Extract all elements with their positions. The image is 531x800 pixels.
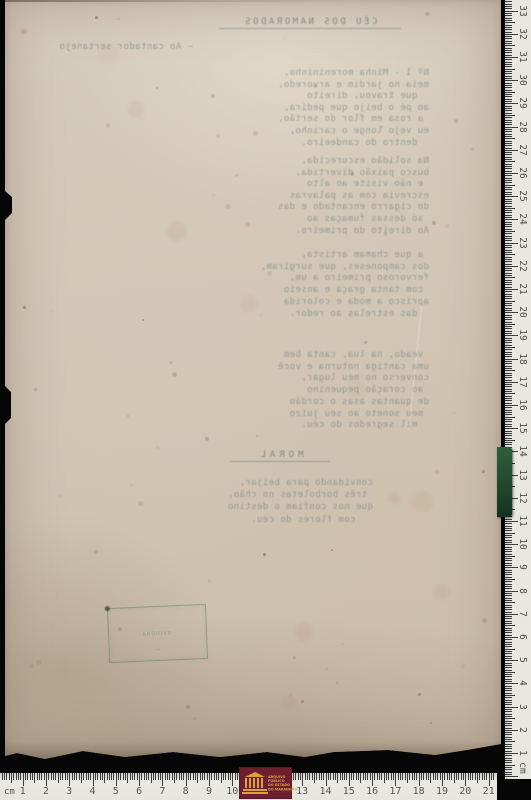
ruler-tick xyxy=(440,773,441,780)
ruler-tick xyxy=(505,438,512,439)
ruler-tick xyxy=(505,322,512,323)
ruler-tick xyxy=(505,99,512,100)
ruler-number: 18 xyxy=(413,786,425,797)
type-line: dentro do candeeiro. xyxy=(301,138,429,148)
ruler-tick xyxy=(505,681,512,682)
ruler-tick xyxy=(505,90,512,91)
ruler-tick xyxy=(505,380,512,381)
ruler-number: 29 xyxy=(516,95,530,111)
ruler-tick xyxy=(330,773,331,780)
ruler-tick xyxy=(505,315,512,316)
ruler-tick xyxy=(235,773,236,780)
ruler-number: 14 xyxy=(516,443,530,459)
ruler-tick xyxy=(505,247,512,248)
ruler-tick xyxy=(505,326,512,327)
ruler-tick xyxy=(505,658,512,659)
ruler-tick xyxy=(505,530,512,531)
ruler-tick xyxy=(148,773,149,780)
ruler-tick xyxy=(505,131,512,132)
ruler-tick xyxy=(505,602,515,603)
ruler-tick xyxy=(505,632,512,633)
ruler-tick xyxy=(475,773,476,780)
ruler-tick xyxy=(505,122,512,123)
ruler-tick xyxy=(169,773,170,780)
ruler-tick xyxy=(505,229,512,230)
ruler-tick xyxy=(505,78,512,79)
ruler-tick xyxy=(123,773,124,780)
ruler-tick xyxy=(505,697,512,698)
ruler-number: 8 xyxy=(183,786,189,797)
ruler-tick xyxy=(505,393,515,394)
ruler-tick xyxy=(470,773,471,780)
ruler-tick xyxy=(6,773,7,780)
ruler-tick xyxy=(505,189,512,190)
ruler-number: 18 xyxy=(516,351,530,367)
foxing-spot xyxy=(226,204,231,209)
ruler-tick xyxy=(505,277,515,278)
foxing-spot xyxy=(435,470,438,473)
ruler-tick xyxy=(505,721,512,722)
ruler-number: 24 xyxy=(516,211,530,227)
ruler-tick xyxy=(505,226,512,227)
type-line: três borboletas no chão, xyxy=(228,490,373,500)
paper-bottom-shadow xyxy=(5,741,501,763)
type-line: convidando para beijar, xyxy=(239,478,373,488)
ruler-tick xyxy=(505,347,515,348)
ruler-tick xyxy=(374,773,375,780)
ruler-tick xyxy=(458,773,459,780)
ruler-tick xyxy=(505,143,512,144)
ruler-tick xyxy=(505,709,512,710)
ruler-tick xyxy=(79,773,80,780)
ruler-tick xyxy=(505,688,512,689)
ruler-tick xyxy=(505,693,512,694)
ruler-tick xyxy=(505,605,512,606)
ruler-tick xyxy=(505,704,512,705)
ruler-tick xyxy=(505,301,515,302)
ruler-tick xyxy=(505,565,512,566)
ruler-tick xyxy=(298,773,299,780)
ruler-tick xyxy=(505,134,512,135)
ruler-tick xyxy=(505,71,512,72)
ruler-tick xyxy=(102,773,103,780)
ruler-tick xyxy=(20,773,21,780)
ruler-tick xyxy=(393,773,394,780)
ruler-tick xyxy=(505,579,515,580)
ruler-tick xyxy=(155,773,156,780)
ruler-tick xyxy=(505,711,512,712)
foxing-spot xyxy=(471,148,474,151)
ruler-tick xyxy=(505,303,512,304)
ruler-number: 17 xyxy=(389,786,401,797)
ruler-tick xyxy=(423,773,424,780)
ruler-tick xyxy=(493,773,494,780)
ruler-tick xyxy=(505,32,512,33)
ruler-tick xyxy=(39,773,40,780)
ruler-tick xyxy=(449,773,450,780)
ruler-number: 6 xyxy=(516,629,530,645)
ruler-tick xyxy=(505,224,512,225)
ruler-tick xyxy=(86,773,87,780)
ruler-tick xyxy=(505,714,512,715)
ruler-tick xyxy=(505,178,512,179)
type-line: ao pé o beijo que pedira, xyxy=(284,103,429,113)
ruler-tick xyxy=(505,398,512,399)
ruler-tick xyxy=(346,773,347,780)
ruler-tick xyxy=(505,120,512,121)
ruler-number: 21 xyxy=(516,281,530,297)
ruler-tick xyxy=(90,773,91,780)
ruler-tick xyxy=(505,129,512,130)
ruler-tick xyxy=(391,773,392,780)
ruler-tick xyxy=(125,773,126,780)
ruler-tick xyxy=(83,773,84,780)
ruler-tick xyxy=(505,215,512,216)
type-line: Na solidão escurecida, xyxy=(301,156,429,166)
type-line: do cigarro encantado e das xyxy=(278,202,429,212)
ruler-tick xyxy=(505,377,512,378)
foxing-spot xyxy=(313,84,317,88)
ruler-tick xyxy=(505,354,512,355)
ruler-tick xyxy=(505,208,515,209)
ruler-tick xyxy=(456,773,457,780)
ruler-tick xyxy=(195,773,196,780)
ruler-tick xyxy=(62,773,63,780)
ruler-tick xyxy=(358,773,359,780)
ruler-tick xyxy=(505,1,512,2)
ruler-tick xyxy=(451,773,452,780)
foxing-spot xyxy=(235,174,238,177)
ruler-tick xyxy=(505,748,512,749)
ruler-number: 31 xyxy=(516,49,530,65)
ruler-tick xyxy=(505,702,512,703)
ruler-tick xyxy=(505,695,515,696)
ruler-number: 28 xyxy=(516,119,530,135)
ruler-tick xyxy=(505,639,512,640)
ruler-tick xyxy=(386,773,387,780)
ruler-tick xyxy=(428,773,429,780)
ruler-tick xyxy=(505,403,512,404)
ruler-tick xyxy=(505,66,512,67)
ruler-number: 4 xyxy=(89,786,95,797)
type-line: que travou, direito xyxy=(307,91,429,101)
ruler-tick xyxy=(433,773,434,780)
ruler-tick xyxy=(316,773,317,780)
foxing-spot xyxy=(284,37,286,39)
ruler-number: 33 xyxy=(516,3,530,19)
foxing-spot xyxy=(23,306,26,309)
ruler-tick xyxy=(190,773,191,780)
foxing-spot xyxy=(156,446,159,449)
archive-logo-text: ARQUIVO PÚBLICO DO ESTADO DO MARANHÃO xyxy=(268,775,297,792)
ruler-tick xyxy=(505,630,512,631)
ruler-tick xyxy=(55,773,56,780)
ruler-tick xyxy=(505,672,515,673)
ruler-tick xyxy=(505,519,512,520)
ruler-tick xyxy=(69,773,70,786)
foxing-spot xyxy=(411,491,433,513)
ruler-tick xyxy=(505,426,512,427)
ruler-tick xyxy=(377,773,378,780)
ruler-tick xyxy=(230,773,231,780)
ruler-tick xyxy=(505,257,512,258)
ruler-tick xyxy=(505,331,512,332)
ruler-tick xyxy=(505,298,512,299)
ruler-tick xyxy=(153,773,154,780)
ruler-tick xyxy=(46,773,47,786)
ruler-tick xyxy=(505,259,512,260)
ruler-tick xyxy=(505,391,512,392)
ruler-number: 23 xyxy=(516,235,530,251)
ruler-tick xyxy=(328,773,329,780)
ruler-tick xyxy=(484,773,485,780)
ruler-number: 13 xyxy=(516,467,530,483)
ruler-tick xyxy=(505,36,512,37)
type-line: converso no meu lugar, xyxy=(301,373,429,383)
ruler-tick xyxy=(342,773,343,780)
green-marker-tab xyxy=(497,447,512,517)
ruler-tick xyxy=(505,238,512,239)
foxing-spot xyxy=(351,172,355,176)
ruler-tick xyxy=(200,773,201,780)
ruler-tick xyxy=(109,773,110,780)
ruler-tick xyxy=(319,773,320,780)
ruler-tick xyxy=(505,240,512,241)
ruler-tick xyxy=(53,773,54,780)
ruler-tick xyxy=(505,64,512,65)
stamp-text: · — · xyxy=(110,645,207,655)
foxing-spot xyxy=(454,119,459,124)
ruler-tick xyxy=(505,424,512,425)
ruler-number: 1 xyxy=(20,786,26,797)
ruler-tick xyxy=(505,588,512,589)
ruler-tick xyxy=(482,773,483,780)
ruler-tick xyxy=(505,412,512,413)
ruler-tick xyxy=(151,773,152,783)
ruler-tick xyxy=(505,96,512,97)
ruler-tick xyxy=(505,679,512,680)
ruler-tick xyxy=(463,773,464,780)
ruler-tick xyxy=(65,773,66,780)
ruler-tick xyxy=(505,686,512,687)
ruler-tick xyxy=(505,294,512,295)
ruler-tick xyxy=(505,718,515,719)
ruler-tick xyxy=(407,773,408,783)
ruler-tick xyxy=(333,773,334,780)
ruler-tick xyxy=(505,667,512,668)
ruler-number: 22 xyxy=(516,258,530,274)
ruler-tick xyxy=(365,773,366,780)
ruler-tick xyxy=(437,773,438,780)
ruler-tick xyxy=(505,287,512,288)
ruler-tick xyxy=(107,773,108,780)
ruler-tick xyxy=(27,773,28,780)
type-line: Ao direito do primeiro. xyxy=(295,226,429,236)
stamp-text: ARQUIVO xyxy=(109,629,206,639)
ruler-tick xyxy=(104,773,105,783)
ruler-tick xyxy=(505,581,512,582)
foxing-spot xyxy=(29,664,34,669)
ruler-tick xyxy=(351,773,352,780)
ruler-tick xyxy=(309,773,310,780)
ruler-tick xyxy=(505,250,512,251)
ruler-tick xyxy=(465,773,466,786)
foxing-spot xyxy=(34,388,37,391)
type-line: só dessas fumaças ao xyxy=(307,214,429,224)
foxing-spot xyxy=(295,623,313,641)
ruler-tick xyxy=(505,38,512,39)
foxing-spot xyxy=(97,44,119,66)
ruler-tick xyxy=(505,725,512,726)
ruler-number: 5 xyxy=(113,786,119,797)
ruler-tick xyxy=(505,15,512,16)
ruler-tick xyxy=(505,124,512,125)
ruler-number: 27 xyxy=(516,142,530,158)
foxing-spot xyxy=(293,656,295,658)
foxing-spot xyxy=(186,705,189,708)
ruler-tick xyxy=(139,773,140,786)
ruler-tick xyxy=(505,586,512,587)
ruler-tick xyxy=(505,27,512,28)
ruler-tick xyxy=(405,773,406,780)
ruler-tick xyxy=(505,185,515,186)
ruler-tick xyxy=(505,349,512,350)
ruler-tick xyxy=(44,773,45,780)
ruler-tick xyxy=(505,598,512,599)
ruler-tick xyxy=(505,76,512,77)
ruler-tick xyxy=(505,373,512,374)
ruler-tick xyxy=(505,192,512,193)
ruler-tick xyxy=(505,421,512,422)
foxing-spot xyxy=(193,717,196,720)
ruler-tick xyxy=(505,110,512,111)
type-line: CÉU DOS NAMORADOS xyxy=(219,17,401,29)
ruler-tick xyxy=(505,595,512,596)
type-line: busco paixão divertida, xyxy=(295,168,429,178)
foxing-spot xyxy=(432,221,436,225)
ruler-tick xyxy=(505,194,512,195)
ruler-tick xyxy=(505,755,512,756)
ruler-number: 3 xyxy=(66,786,72,797)
foxing-spot xyxy=(95,16,98,19)
ruler-tick xyxy=(223,773,224,780)
ruler-tick xyxy=(409,773,410,780)
ruler-tick xyxy=(505,280,512,281)
ruler-tick xyxy=(430,773,431,783)
ruler-tick xyxy=(505,245,512,246)
ruler-tick xyxy=(505,180,512,181)
ruler-tick xyxy=(505,324,515,325)
ruler-tick xyxy=(505,375,512,376)
ruler-tick xyxy=(388,773,389,780)
document-paper: CÉU DOS NAMORADOS— Ao cantador sertanejo… xyxy=(5,0,501,763)
ruler-tick xyxy=(435,773,436,780)
foxing-spot xyxy=(342,643,343,644)
ruler-tick xyxy=(160,773,161,780)
archive-logo: ARQUIVO PÚBLICO DO ESTADO DO MARANHÃO xyxy=(240,768,291,798)
foxing-spot xyxy=(170,361,172,363)
foxing-spot xyxy=(336,682,338,684)
foxing-spot xyxy=(277,327,278,328)
ruler-number: 20 xyxy=(516,304,530,320)
foxing-spot xyxy=(211,94,215,98)
ruler-number: 21 xyxy=(483,786,495,797)
ruler-tick xyxy=(183,773,184,780)
ruler-tick xyxy=(505,419,512,420)
ruler-tick xyxy=(505,340,512,341)
ruler-tick xyxy=(67,773,68,780)
stamp-ink-dot xyxy=(105,606,110,611)
ruler-tick xyxy=(74,773,75,780)
ruler-tick xyxy=(9,773,10,780)
ruler-tick xyxy=(505,435,512,436)
ruler-tick xyxy=(505,52,512,53)
ruler-tick xyxy=(505,574,512,575)
ruler-tick xyxy=(505,203,512,204)
foxing-spot xyxy=(331,549,333,551)
ruler-tick xyxy=(41,773,42,780)
type-line: eu vejo longe o carinho, xyxy=(289,126,429,136)
ruler-tick xyxy=(216,773,217,780)
foxing-spot xyxy=(418,693,421,696)
ruler-tick xyxy=(505,635,512,636)
ruler-number: 4 xyxy=(516,675,530,691)
ruler-number: 6 xyxy=(136,786,142,797)
ruler-tick xyxy=(505,577,512,578)
ruler-tick xyxy=(505,676,512,677)
ruler-tick xyxy=(477,773,478,783)
ruler-tick xyxy=(505,264,512,265)
ruler-tick xyxy=(372,773,373,786)
foxing-spot xyxy=(117,18,120,21)
ruler-tick xyxy=(505,734,512,735)
ruler-tick xyxy=(505,152,512,153)
ruler-tick xyxy=(363,773,364,780)
foxing-spot xyxy=(94,550,98,554)
ruler-tick xyxy=(505,108,512,109)
ruler-number: 7 xyxy=(159,786,165,797)
ruler-tick xyxy=(505,361,512,362)
foxing-spot xyxy=(21,29,26,34)
ruler-tick xyxy=(505,310,512,311)
ruler-tick xyxy=(505,723,512,724)
ruler-tick xyxy=(505,739,512,740)
paper-top-edge xyxy=(5,0,501,2)
ruler-tick xyxy=(505,171,512,172)
ruler-tick xyxy=(505,6,512,7)
ruler-number: 10 xyxy=(516,536,530,552)
ruler-tick xyxy=(505,319,512,320)
ruler-tick xyxy=(141,773,142,780)
ruler-tick xyxy=(505,206,512,207)
ruler-tick xyxy=(505,141,512,142)
ruler-tick xyxy=(505,159,512,160)
ruler-tick xyxy=(505,87,512,88)
type-line: e não visite ao alto xyxy=(307,179,429,189)
type-line: uma cantiga noturna e você xyxy=(278,362,429,372)
ruler-tick xyxy=(505,600,512,601)
ruler-unit-label: cm xyxy=(516,760,530,776)
foxing-spot xyxy=(381,126,382,127)
ruler-tick xyxy=(505,440,515,441)
ruler-tick xyxy=(132,773,133,780)
ruler-tick xyxy=(468,773,469,780)
ruler-tick xyxy=(491,773,492,780)
ruler-tick xyxy=(505,231,515,232)
ruler-tick xyxy=(505,168,512,169)
ruler-tick xyxy=(505,644,512,645)
type-line: dos camponeses, que surgiram, xyxy=(260,262,429,272)
